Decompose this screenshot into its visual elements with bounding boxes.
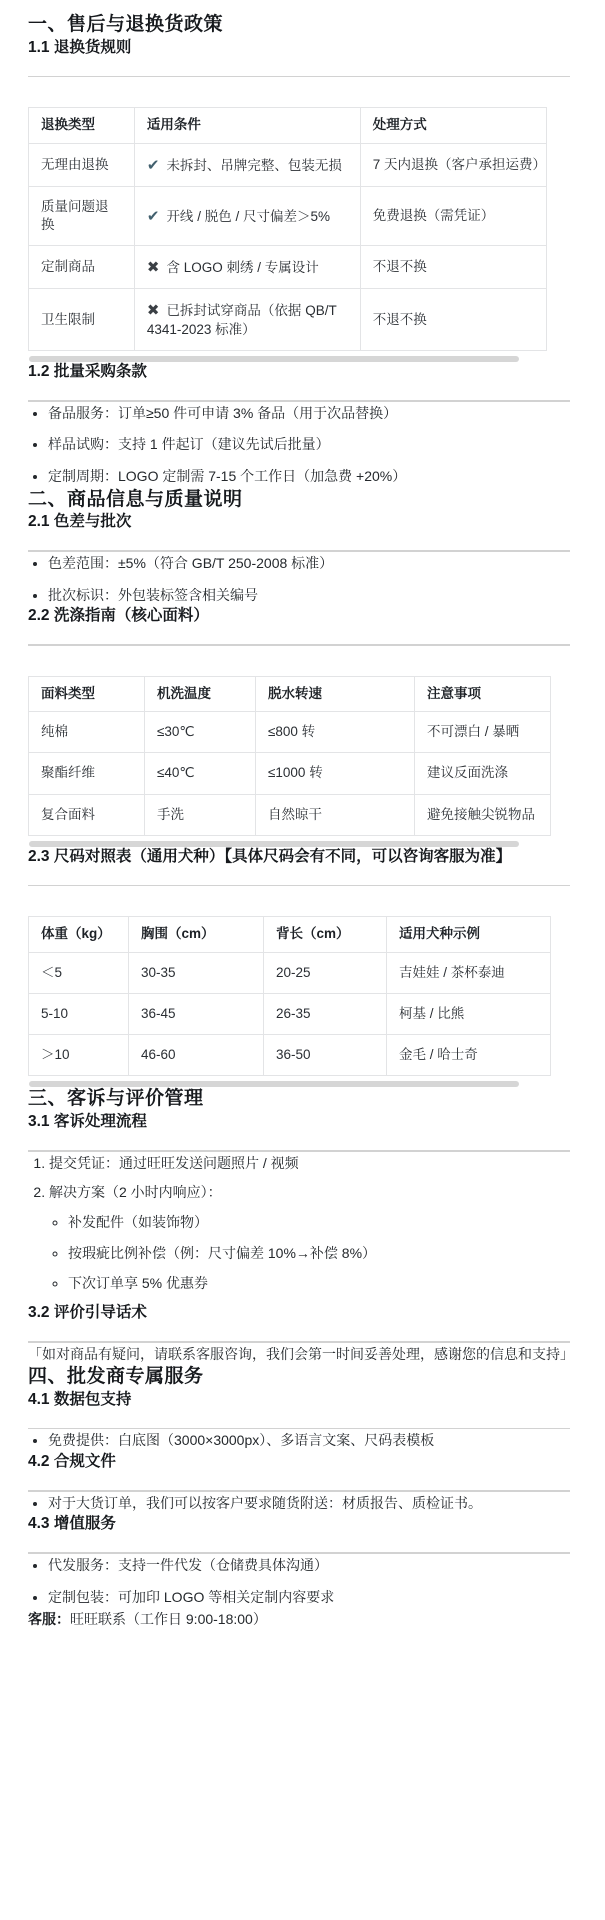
- cross-icon: ✖: [147, 258, 160, 276]
- cell-return-type: 定制商品: [29, 246, 135, 289]
- col-weight: 体重（kg）: [29, 917, 129, 952]
- col-conditions: 适用条件: [134, 108, 360, 143]
- subsection-title-washing-guide: 2.2 洗涤指南（核心面料）: [28, 606, 577, 626]
- col-handling: 处理方式: [360, 108, 546, 143]
- cell-conditions-text: 已拆封试穿商品（依据 QB/T 4341-2023 标准）: [147, 303, 337, 336]
- divider: [28, 885, 570, 887]
- solution-sublist: 补发配件（如装饰物） 按瑕疵比例补偿（例：尺寸偏差 10%→补偿 8%） 下次订…: [49, 1211, 577, 1295]
- cell-notes: 不可漂白 / 暴晒: [415, 712, 551, 753]
- cell-handling: 不退不换: [360, 289, 546, 350]
- cell-handling: 免费退换（需凭证）: [360, 186, 546, 245]
- cell-weight: ＜5: [29, 952, 129, 993]
- table-row: 质量问题退换 ✔开线 / 脱色 / 尺寸偏差＞5% 免费退换（需凭证）: [29, 186, 547, 245]
- compliance-docs-list: 对于大货订单，我们可以按客户要求随货附送：材质报告、质检证书。: [28, 1492, 577, 1515]
- table-row: 复合面料 手洗 自然晾干 避免接触尖锐物品: [29, 794, 551, 835]
- table-row: 卫生限制 ✖已拆封试穿商品（依据 QB/T 4341-2023 标准） 不退不换: [29, 289, 547, 350]
- table-header-row: 退换类型 适用条件 处理方式: [29, 108, 547, 143]
- cell-wash-temp: ≤40℃: [145, 753, 256, 794]
- subsection-title-review-script: 3.2 评价引导话术: [28, 1303, 577, 1323]
- cell-spin-speed: ≤1000 转: [256, 753, 415, 794]
- list-item: 备品服务：订单≥50 件可申请 3% 备品（用于次品替换）: [48, 402, 577, 425]
- cell-return-type: 无理由退换: [29, 143, 135, 186]
- subsection-title-color-batch: 2.1 色差与批次: [28, 512, 577, 532]
- table-row: ＜5 30-35 20-25 吉娃娃 / 茶杯泰迪: [29, 952, 551, 993]
- value-added-list: 代发服务：支持一件代发（仓储费具体沟通） 定制包装：可加印 LOGO 等相关定制…: [28, 1554, 577, 1608]
- bulk-terms-list: 备品服务：订单≥50 件可申请 3% 备品（用于次品替换） 样品试购：支持 1 …: [28, 402, 577, 488]
- cell-conditions: ✖含 LOGO 刺绣 / 专属设计: [134, 246, 360, 289]
- subsection-title-complaint-process: 3.1 客诉处理流程: [28, 1112, 577, 1132]
- policy-document: 一、售后与退换货政策 1.1 退换货规则 退换类型 适用条件 处理方式 无理由退…: [0, 0, 605, 1920]
- cell-conditions-text: 未拆封、吊牌完整、包装无损: [166, 158, 342, 173]
- list-item: 免费提供：白底图（3000×3000px）、多语言文案、尺码表模板: [48, 1429, 577, 1452]
- cell-chest: 46-60: [129, 1035, 264, 1076]
- cell-weight: ＞10: [29, 1035, 129, 1076]
- data-pack-list: 免费提供：白底图（3000×3000px）、多语言文案、尺码表模板: [28, 1429, 577, 1452]
- customer-service-note: 客服：旺旺联系（工作日 9:00-18:00）: [28, 1608, 577, 1630]
- list-item: 定制包装：可加印 LOGO 等相关定制内容要求: [48, 1586, 577, 1609]
- table-row: 纯棉 ≤30℃ ≤800 转 不可漂白 / 暴晒: [29, 712, 551, 753]
- size-table-wrap: 体重（kg） 胸围（cm） 背长（cm） 适用犬种示例 ＜5 30-35 20-…: [28, 916, 577, 1076]
- list-item: 下次订单享 5% 优惠券: [68, 1272, 577, 1295]
- list-item: 色差范围：±5%（符合 GB/T 250-2008 标准）: [48, 552, 577, 575]
- section-title-product-info: 二、商品信息与质量说明: [28, 488, 577, 513]
- color-batch-list: 色差范围：±5%（符合 GB/T 250-2008 标准） 批次标识：外包装标签…: [28, 552, 577, 606]
- list-item: 对于大货订单，我们可以按客户要求随货附送：材质报告、质检证书。: [48, 1492, 577, 1515]
- section-title-complaints: 三、客诉与评价管理: [28, 1087, 577, 1112]
- list-item: 按瑕疵比例补偿（例：尺寸偏差 10%→补偿 8%）: [68, 1242, 577, 1265]
- table-row: 定制商品 ✖含 LOGO 刺绣 / 专属设计 不退不换: [29, 246, 547, 289]
- list-item: 定制周期：LOGO 定制需 7-15 个工作日（加急费 +20%）: [48, 465, 577, 488]
- cell-notes: 避免接触尖锐物品: [415, 794, 551, 835]
- subsection-title-return-rules: 1.1 退换货规则: [28, 38, 577, 58]
- customer-service-text: 旺旺联系（工作日 9:00-18:00）: [70, 1611, 267, 1627]
- cell-conditions-text: 含 LOGO 刺绣 / 专属设计: [166, 260, 318, 275]
- col-spin-speed: 脱水转速: [256, 676, 415, 711]
- cell-wash-temp: 手洗: [145, 794, 256, 835]
- subsection-title-bulk-terms: 1.2 批量采购条款: [28, 362, 577, 382]
- cell-chest: 30-35: [129, 952, 264, 993]
- washing-table-wrap: 面料类型 机洗温度 脱水转速 注意事项 纯棉 ≤30℃ ≤800 转 不可漂白 …: [28, 676, 577, 836]
- divider: [28, 644, 570, 646]
- cell-conditions-text: 开线 / 脱色 / 尺寸偏差＞5%: [166, 209, 330, 224]
- col-wash-temp: 机洗温度: [145, 676, 256, 711]
- list-item-text: 解决方案（2 小时内响应）：: [49, 1184, 222, 1200]
- cell-weight: 5-10: [29, 993, 129, 1034]
- cell-notes: 建议反面洗涤: [415, 753, 551, 794]
- check-icon: ✔: [147, 156, 160, 174]
- washing-table: 面料类型 机洗温度 脱水转速 注意事项 纯棉 ≤30℃ ≤800 转 不可漂白 …: [28, 676, 551, 836]
- col-notes: 注意事项: [415, 676, 551, 711]
- section-title-wholesaler-services: 四、批发商专属服务: [28, 1365, 577, 1390]
- cell-conditions: ✖已拆封试穿商品（依据 QB/T 4341-2023 标准）: [134, 289, 360, 350]
- list-item: 解决方案（2 小时内响应）： 补发配件（如装饰物） 按瑕疵比例补偿（例：尺寸偏差…: [49, 1181, 577, 1295]
- list-item: 提交凭证：通过旺旺发送问题照片 / 视频: [49, 1152, 577, 1175]
- returns-table-wrap: 退换类型 适用条件 处理方式 无理由退换 ✔未拆封、吊牌完整、包装无损 7 天内…: [28, 107, 547, 351]
- divider: [28, 76, 570, 78]
- returns-table: 退换类型 适用条件 处理方式 无理由退换 ✔未拆封、吊牌完整、包装无损 7 天内…: [28, 107, 547, 351]
- subsection-title-value-added: 4.3 增值服务: [28, 1514, 577, 1534]
- cell-return-type: 卫生限制: [29, 289, 135, 350]
- col-chest: 胸围（cm）: [129, 917, 264, 952]
- col-breed-examples: 适用犬种示例: [387, 917, 551, 952]
- cell-return-type: 质量问题退换: [29, 186, 135, 245]
- cell-handling: 7 天内退换（客户承担运费）: [360, 143, 546, 186]
- cell-spin-speed: 自然晾干: [256, 794, 415, 835]
- complaint-steps-list: 提交凭证：通过旺旺发送问题照片 / 视频 解决方案（2 小时内响应）： 补发配件…: [28, 1152, 577, 1295]
- list-item: 代发服务：支持一件代发（仓储费具体沟通）: [48, 1554, 577, 1577]
- col-back-length: 背长（cm）: [264, 917, 387, 952]
- cell-fabric: 复合面料: [29, 794, 145, 835]
- table-header-row: 体重（kg） 胸围（cm） 背长（cm） 适用犬种示例: [29, 917, 551, 952]
- cell-back-length: 26-35: [264, 993, 387, 1034]
- table-header-row: 面料类型 机洗温度 脱水转速 注意事项: [29, 676, 551, 711]
- cell-conditions: ✔开线 / 脱色 / 尺寸偏差＞5%: [134, 186, 360, 245]
- subsection-title-data-pack: 4.1 数据包支持: [28, 1390, 577, 1410]
- cell-chest: 36-45: [129, 993, 264, 1034]
- table-row: ＞10 46-60 36-50 金毛 / 哈士奇: [29, 1035, 551, 1076]
- cell-spin-speed: ≤800 转: [256, 712, 415, 753]
- list-item: 批次标识：外包装标签含相关编号: [48, 584, 577, 607]
- cell-conditions: ✔未拆封、吊牌完整、包装无损: [134, 143, 360, 186]
- cell-fabric: 聚酯纤维: [29, 753, 145, 794]
- table-row: 聚酯纤维 ≤40℃ ≤1000 转 建议反面洗涤: [29, 753, 551, 794]
- col-return-type: 退换类型: [29, 108, 135, 143]
- cell-handling: 不退不换: [360, 246, 546, 289]
- table-row: 5-10 36-45 26-35 柯基 / 比熊: [29, 993, 551, 1034]
- review-guidance-quote: 「如对商品有疑问，请联系客服咨询，我们会第一时间妥善处理，感谢您的信息和支持」: [28, 1343, 577, 1365]
- size-table: 体重（kg） 胸围（cm） 背长（cm） 适用犬种示例 ＜5 30-35 20-…: [28, 916, 551, 1076]
- cross-icon: ✖: [147, 301, 160, 319]
- check-icon: ✔: [147, 207, 160, 225]
- list-item: 补发配件（如装饰物）: [68, 1211, 577, 1234]
- cell-breed-examples: 金毛 / 哈士奇: [387, 1035, 551, 1076]
- table-row: 无理由退换 ✔未拆封、吊牌完整、包装无损 7 天内退换（客户承担运费）: [29, 143, 547, 186]
- cell-breed-examples: 吉娃娃 / 茶杯泰迪: [387, 952, 551, 993]
- cell-fabric: 纯棉: [29, 712, 145, 753]
- list-item: 样品试购：支持 1 件起订（建议先试后批量）: [48, 433, 577, 456]
- subsection-title-compliance-docs: 4.2 合规文件: [28, 1452, 577, 1472]
- col-fabric: 面料类型: [29, 676, 145, 711]
- cell-wash-temp: ≤30℃: [145, 712, 256, 753]
- section-title-aftersales: 一、售后与退换货政策: [28, 13, 577, 38]
- cell-breed-examples: 柯基 / 比熊: [387, 993, 551, 1034]
- subsection-title-size-chart: 2.3 尺码对照表（通用犬种）【具体尺码会有不同，可以咨询客服为准】: [28, 847, 577, 867]
- cell-back-length: 20-25: [264, 952, 387, 993]
- customer-service-label: 客服：: [28, 1611, 70, 1627]
- cell-back-length: 36-50: [264, 1035, 387, 1076]
